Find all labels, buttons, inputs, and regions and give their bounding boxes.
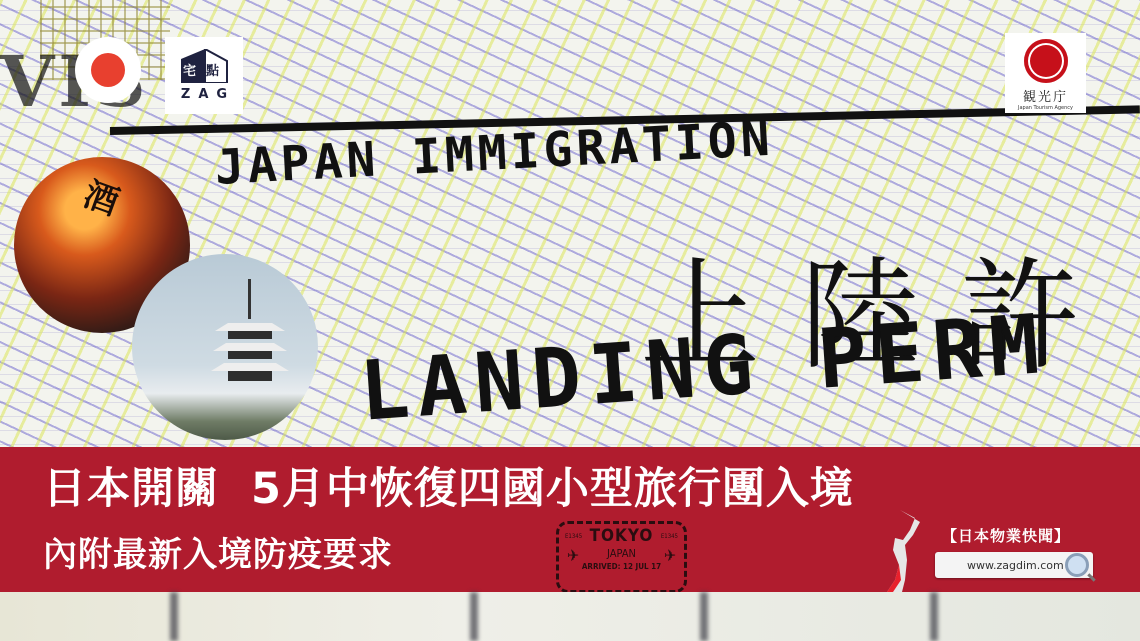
zag-logo: 宅 點 ZAG — [165, 37, 243, 114]
airplane-icon: ✈ — [664, 546, 676, 565]
jta-name-jp: 観光庁 — [1023, 86, 1068, 105]
lantern-kanji: 酒 — [79, 177, 123, 221]
jta-emblem-icon — [1024, 39, 1068, 83]
subheadline: 內附最新入境防疫要求 — [43, 527, 393, 576]
website-url[interactable]: www.zagdim.com — [967, 559, 1064, 572]
website-search-bar[interactable]: www.zagdim.com — [935, 552, 1093, 578]
headline: 日本開關 5月中恢復四國小型旅行團入境 — [43, 455, 854, 516]
japan-tourism-agency-logo: 観光庁 Japan Tourism Agency — [1005, 33, 1086, 113]
house-icon: 宅 點 — [179, 49, 229, 83]
airplane-icon: ✈ — [567, 546, 579, 565]
pagoda-icon — [210, 279, 290, 399]
stamp-code-left: E1345 — [565, 533, 582, 540]
jta-name-en: Japan Tourism Agency — [1018, 105, 1073, 111]
news-tag: 【日本物業快聞】 — [942, 525, 1070, 546]
japan-flag-logo — [75, 37, 141, 103]
tokyo-arrival-stamp: E1345 E1345 ✈ ✈ TOKYO JAPAN ARRIVED: 12 … — [556, 521, 687, 593]
pagoda-photo — [132, 254, 318, 440]
zag-wordmark: ZAG — [173, 87, 235, 102]
svg-text:宅: 宅 — [183, 63, 196, 79]
blurred-stamp-bottom — [0, 592, 1140, 641]
search-icon[interactable] — [1065, 553, 1089, 577]
rising-sun-icon — [91, 53, 125, 87]
svg-text:點: 點 — [205, 64, 219, 79]
stamp-code-right: E1345 — [661, 533, 678, 540]
